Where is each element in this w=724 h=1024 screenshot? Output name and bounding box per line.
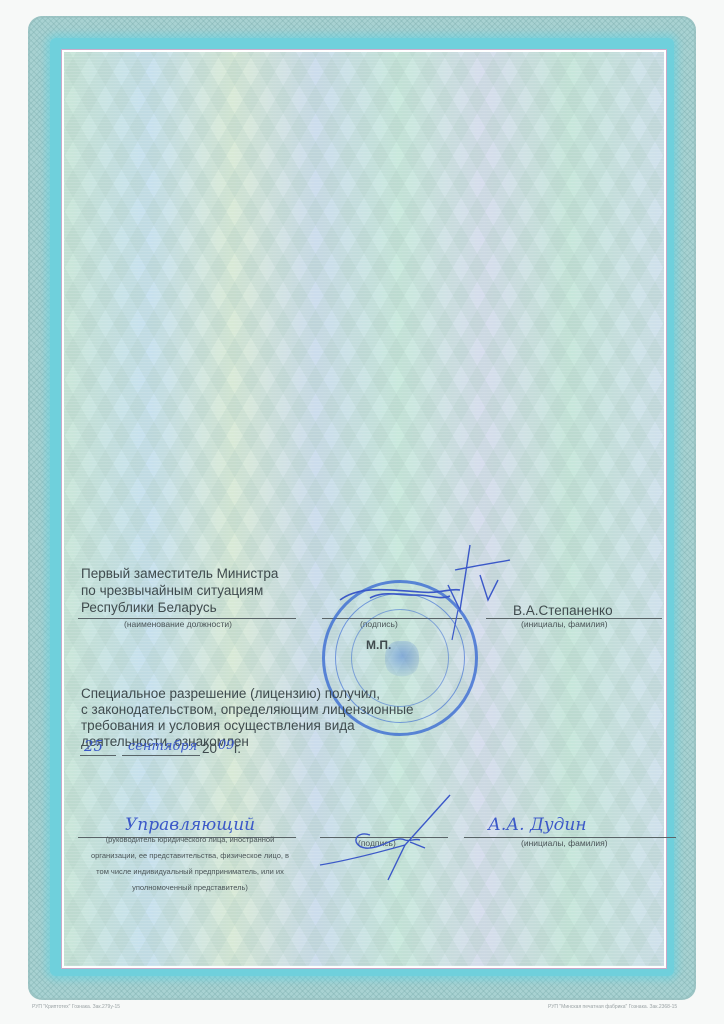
recipient-name-caption: (инициалы, фамилия) bbox=[521, 838, 608, 848]
recipient-name-handwritten[interactable]: А.А. Дудин bbox=[488, 815, 587, 835]
date-month-line bbox=[122, 755, 200, 756]
official-signature bbox=[330, 540, 530, 660]
date-year-prefix: 20 bbox=[202, 741, 217, 757]
date-day[interactable]: 25 bbox=[84, 737, 103, 755]
official-position-line-2: по чрезвычайным ситуациям bbox=[81, 583, 263, 599]
ack-line-2: с законодательством, определяющим лиценз… bbox=[81, 702, 414, 718]
date-year-unit: г. bbox=[234, 741, 241, 757]
imprint-right: РУП "Минская печатная фабрика" Гознака. … bbox=[548, 1004, 677, 1010]
official-position-line-3: Республики Беларусь bbox=[81, 600, 217, 616]
recipient-caption-line-2: организации, ее представительства, физич… bbox=[78, 848, 302, 864]
official-name-caption: (инициалы, фамилия) bbox=[521, 619, 608, 629]
official-position-caption: (наименование должности) bbox=[124, 619, 232, 629]
recipient-caption-line-4: уполномоченный представитель) bbox=[78, 880, 302, 896]
recipient-position-caption: (руководитель юридического лица, иностра… bbox=[78, 832, 302, 896]
ack-line-1: Специальное разрешение (лицензию) получи… bbox=[81, 686, 380, 702]
ack-line-3: требования и условия осуществления вида bbox=[81, 718, 355, 734]
imprint-left: РУП "Криптотех" Гознака. Зак.279у-15 bbox=[32, 1004, 120, 1010]
date-month[interactable]: сентября bbox=[128, 739, 197, 754]
date-year-suffix[interactable]: 09 bbox=[218, 738, 235, 753]
license-page: Первый заместитель Министра по чрезвычай… bbox=[0, 0, 724, 1024]
recipient-caption-line-1: (руководитель юридического лица, иностра… bbox=[78, 832, 302, 848]
date-day-line bbox=[80, 755, 116, 756]
recipient-signature[interactable] bbox=[310, 790, 460, 890]
recipient-caption-line-3: том числе индивидуальный предприниматель… bbox=[78, 864, 302, 880]
official-position-line-1: Первый заместитель Министра bbox=[81, 566, 278, 582]
